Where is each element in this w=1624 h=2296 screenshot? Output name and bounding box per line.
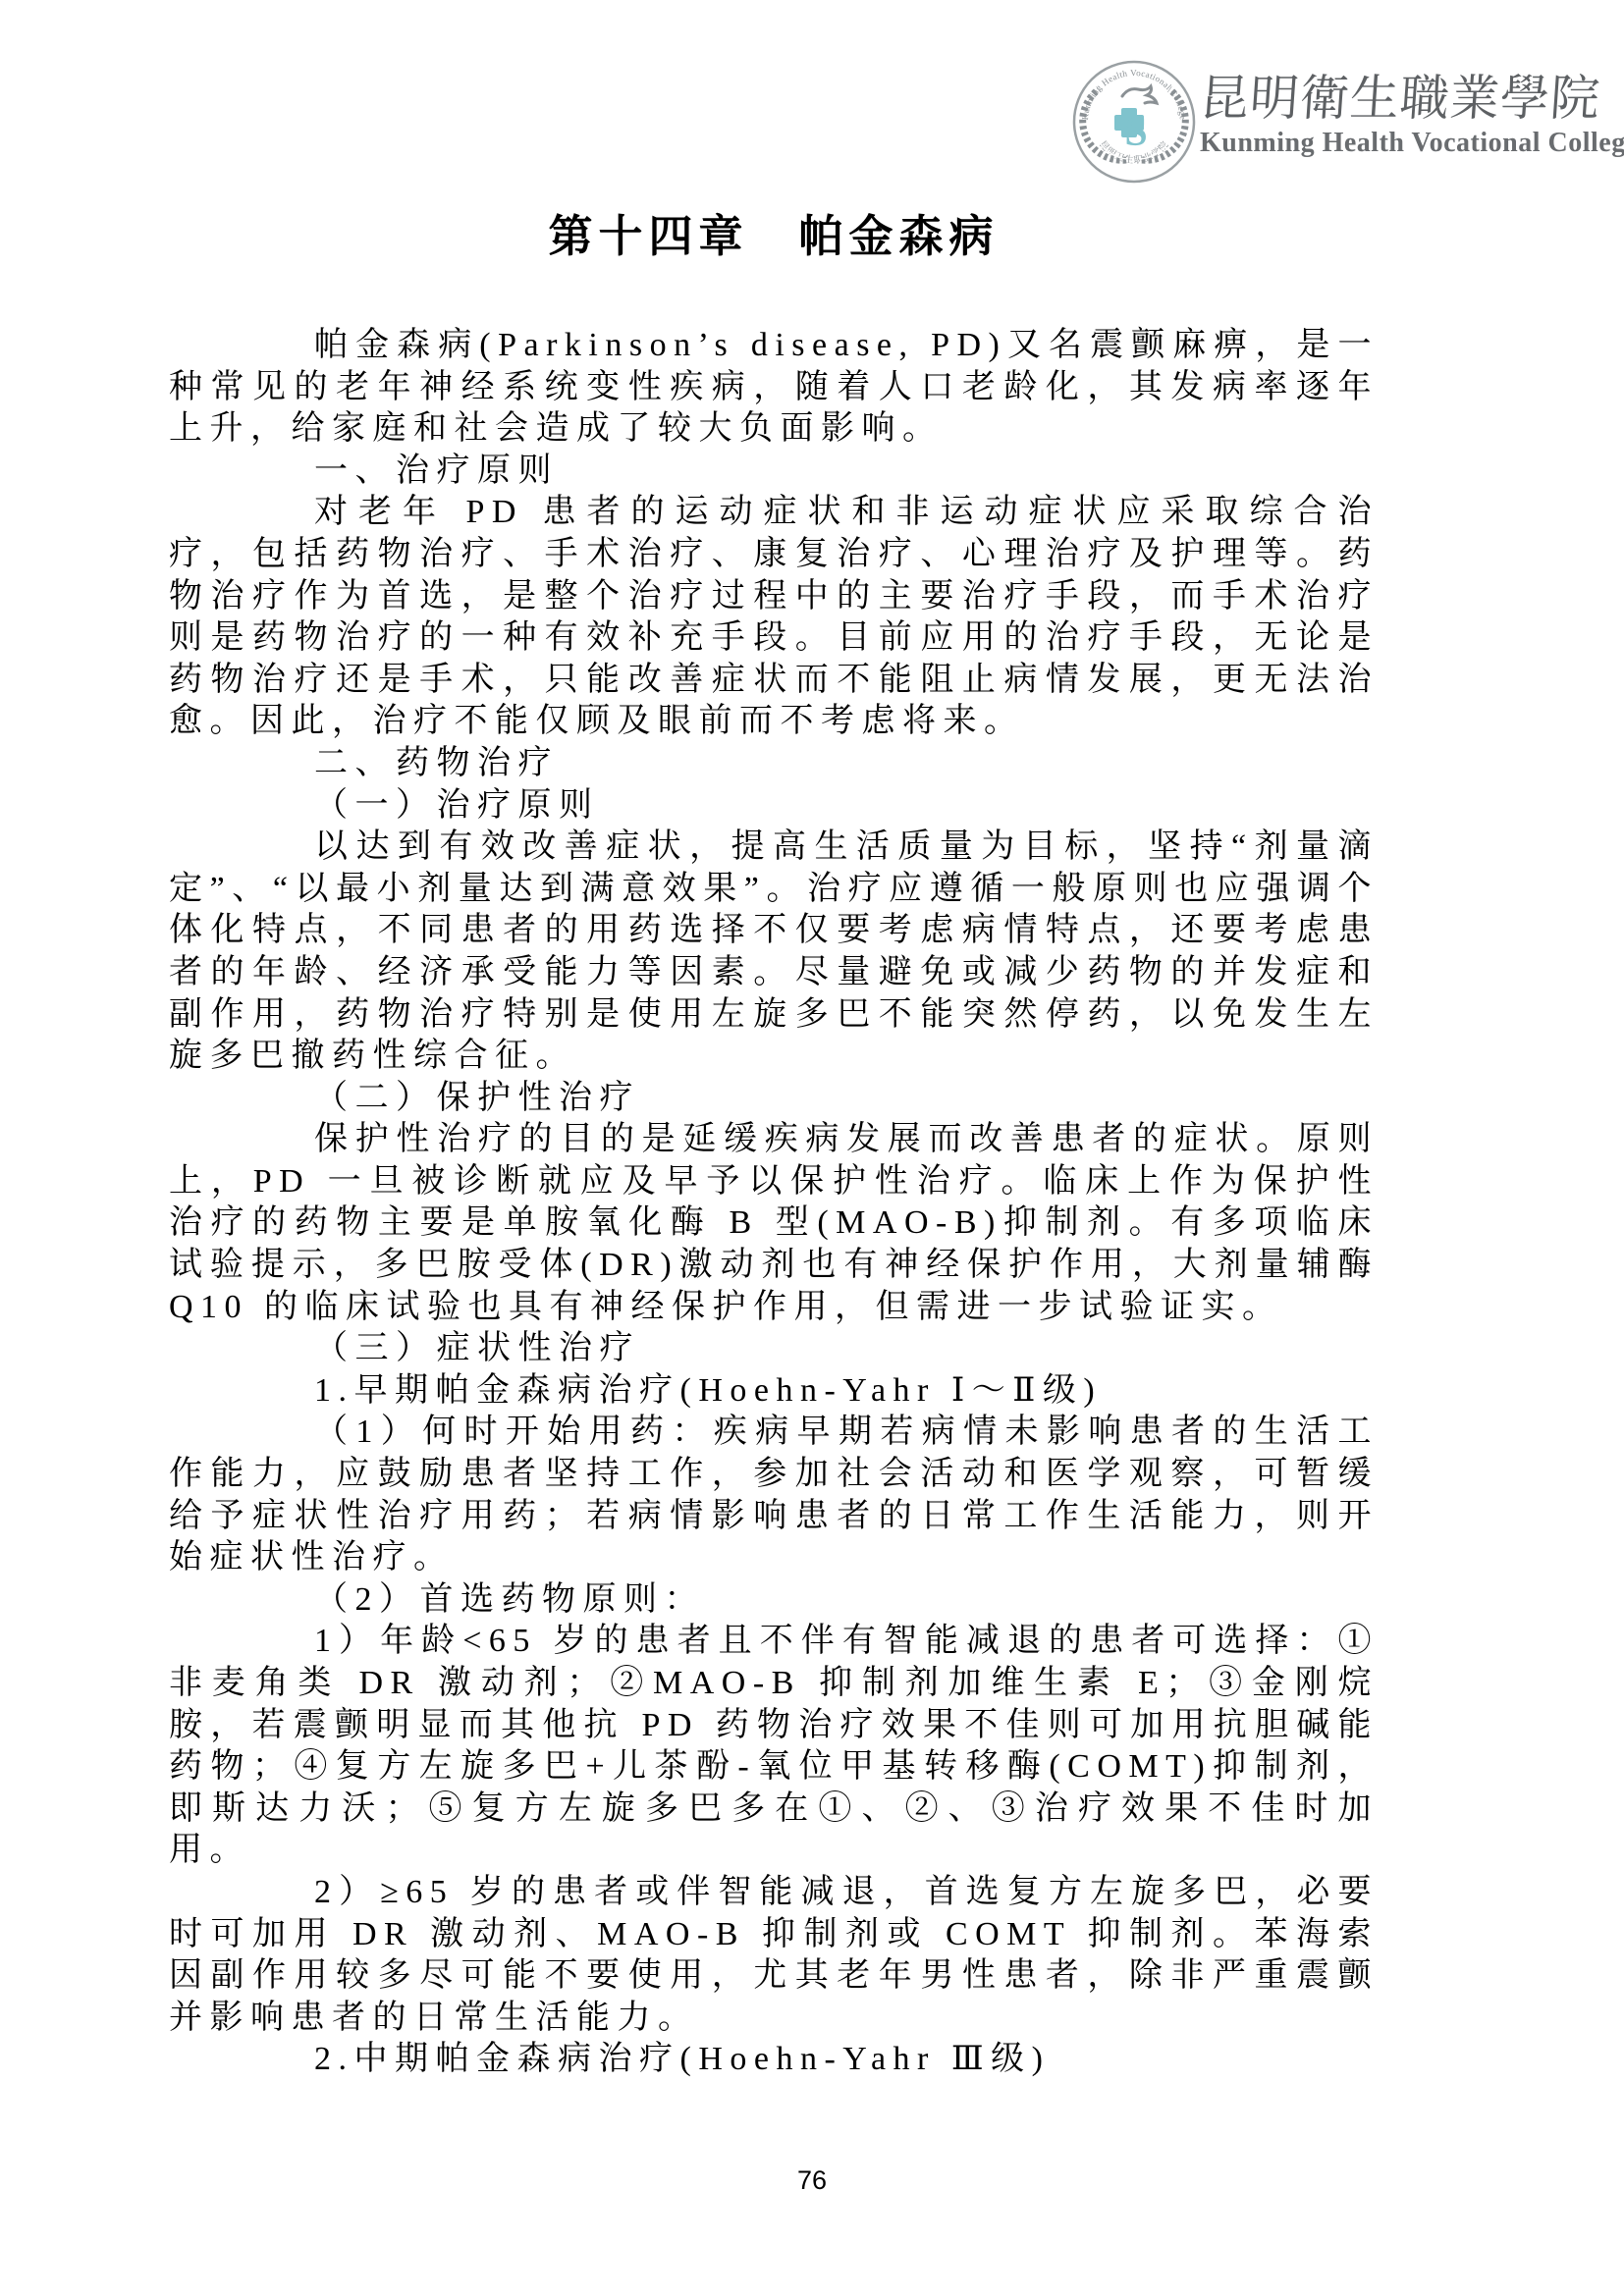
body-paragraph: （1）何时开始用药：疾病早期若病情未影响患者的生活工作能力，应鼓励患者坚持工作，…: [169, 1412, 1379, 1578]
college-seal-logo: Kunming Health Vocational College 昆明卫生职业…: [1071, 59, 1197, 185]
body-paragraph: 1.早期帕金森病治疗(Hoehn-Yahr Ⅰ～Ⅱ级): [169, 1370, 1379, 1413]
body-paragraph: （三）症状性治疗: [169, 1328, 1379, 1370]
body-paragraph: 2）≥65 岁的患者或伴智能减退，首选复方左旋多巴，必要时可加用 DR 激动剂、…: [169, 1872, 1379, 2039]
document-page: Kunming Health Vocational College 昆明卫生职业…: [0, 0, 1624, 2296]
page-number: 76: [0, 2165, 1624, 2196]
body-paragraph: 2.中期帕金森病治疗(Hoehn-Yahr Ⅲ级): [169, 2039, 1379, 2081]
svg-text:S: S: [1124, 110, 1147, 155]
chapter-title: 第十四章 帕金森病: [169, 208, 1379, 265]
body-paragraph: 对老年 PD 患者的运动症状和非运动症状应采取综合治疗，包括药物治疗、手术治疗、…: [169, 492, 1379, 743]
body-paragraph: 1）年龄<65 岁的患者且不伴有智能减退的患者可选择：①非麦角类 DR 激动剂；…: [169, 1621, 1379, 1872]
body-paragraph: 以达到有效改善症状，提高生活质量为目标，坚持“剂量滴定”、“以最小剂量达到满意效…: [169, 827, 1379, 1078]
body-paragraph: （一）治疗原则: [169, 785, 1379, 828]
dragon-s-icon: S: [1122, 86, 1157, 155]
page-header: Kunming Health Vocational College 昆明卫生职业…: [0, 0, 1624, 196]
body-paragraph: 二、药物治疗: [169, 743, 1379, 785]
college-name-calligraphy: 昆明衛生職業學院: [1198, 71, 1555, 126]
body-paragraph: 一、治疗原则: [169, 451, 1379, 493]
body-paragraph: 帕金森病(Parkinson’s disease, PD)又名震颤麻痹，是一种常…: [169, 325, 1379, 451]
college-name-english: Kunming Health Vocational College: [1200, 128, 1553, 159]
body-paragraph: 保护性治疗的目的是延缓疾病发展而改善患者的症状。原则上，PD 一旦被诊断就应及早…: [169, 1119, 1379, 1328]
body-paragraph: （二）保护性治疗: [169, 1078, 1379, 1120]
body-paragraph: （2）首选药物原则：: [169, 1579, 1379, 1622]
college-wordmark: 昆明衛生職業學院 Kunming Health Vocational Colle…: [1200, 71, 1553, 159]
document-body: 帕金森病(Parkinson’s disease, PD)又名震颤麻痹，是一种常…: [169, 325, 1379, 2081]
